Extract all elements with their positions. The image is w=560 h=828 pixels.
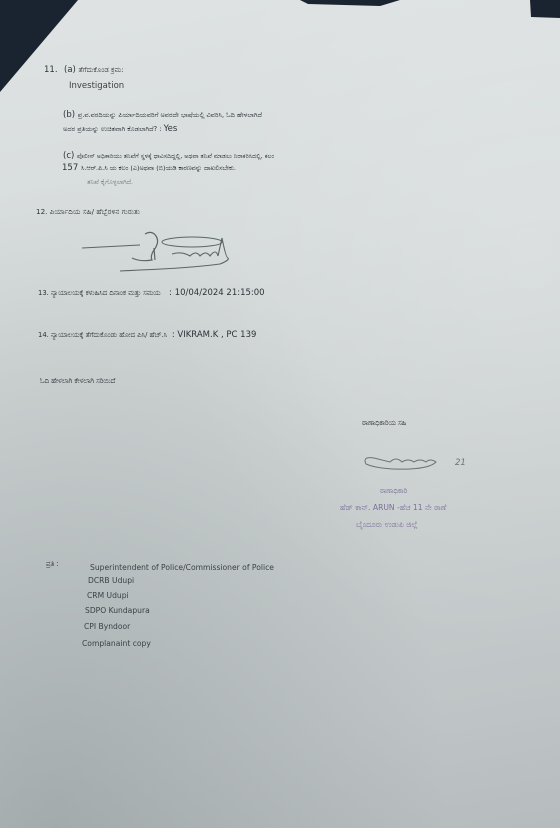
item13-label: 13. ನ್ಯಾಯಾಲಯಕ್ಕೆ ಕಳುಹಿಸಿದ ದಿನಾಂಕ ಮತ್ತು ಸ… (38, 289, 160, 297)
item13-value: : 10/04/2024 21:15:00 (169, 288, 264, 298)
item11a-question: ತೆಗೆದುಕೊಂಡ ಕ್ರಮ: (79, 66, 124, 74)
item11a-label: (a) (64, 65, 76, 75)
item11b-line1: (b) ಪ್ರ.ವ.ವರದಿಯನ್ನು ಪಿರ್ಯಾದಿಯವರಿಗೆ ಅವರದೇ… (63, 110, 262, 121)
stamp-line2: ಹೆಡ್ ಕಾನ್. ARUN -ಹೆಚ 11 ನೇ ಠಾಣೆ (340, 502, 446, 513)
item11b-label: (b) (63, 110, 75, 120)
item11c-line2: 157 ಸಿ.ಆರ್.ಪಿ.ಸಿ ಯ ಕಲಂ (ಎ)ಅಥವಾ (ಬಿ)ಯಡಿ ಕ… (62, 163, 236, 174)
item11c-label: (c) (63, 151, 74, 161)
officer-signature-label: ಠಾಣಾಧಿಕಾರಿಯ ಸಹಿ (362, 418, 406, 429)
read-over-note: ಓದಿ ಹೇಳಲಾಗಿ ಕೇಳಲಾಗಿ ಸರಿಯಿದೆ (40, 376, 115, 387)
copy-to-recipient: Superintendent of Police/Commissioner of… (90, 562, 274, 573)
item13: 13. ನ್ಯಾಯಾಲಯಕ್ಕೆ ಕಳುಹಿಸಿದ ದಿನಾಂಕ ಮತ್ತು ಸ… (38, 288, 265, 299)
item11b-question-line1: ಪ್ರ.ವ.ವರದಿಯನ್ನು ಪಿರ್ಯಾದಿಯವರಿಗೆ ಅವರದೇ ಭಾಷ… (78, 111, 262, 119)
item14-label: 14. ನ್ಯಾಯಾಲಯಕ್ಕೆ ತೆಗೆದುಕೊಂಡು ಹೋದ ಪಿಸಿ/ ಹ… (38, 331, 167, 339)
item11c-line1: (c) ಪೊಲೀಸ್ ಅಧಿಕಾರಿಯು ತನಿಖೆಗೆ ಸ್ಥಳಕ್ಕೆ ಧಾ… (63, 151, 274, 162)
item11b-line2: ಅದರ ಪ್ರತಿಯನ್ನು ಉಚಿತವಾಗಿ ಕೊಡಲಾಗಿದೆ? : Yes (63, 124, 177, 135)
item11c-section: 157 (62, 163, 78, 173)
item11a: (a) ತೆಗೆದುಕೊಂಡ ಕ್ರಮ: (64, 65, 124, 76)
copy-to-label: ಪ್ರತಿ : (46, 559, 59, 570)
copy-to-recipient: CPI Byndoor (84, 621, 130, 632)
item11a-answer: Investigation (69, 81, 124, 92)
copy-to-recipient: Complanaint copy (82, 638, 151, 649)
item12-label: 12. ಪಿರ್ಯಾದಿಯ ಸಹಿ/ ಹೆಬ್ಬೆರಳಿನ ಗುರುತು (36, 206, 140, 217)
item11c-question-line1: ಪೊಲೀಸ್ ಅಧಿಕಾರಿಯು ತನಿಖೆಗೆ ಸ್ಥಳಕ್ಕೆ ಧಾವಿಸದ… (77, 153, 274, 160)
stamp-line3: ಬೈಂದೂರು ಉಡುಪಿ ಜಿಲ್ಲೆ (356, 519, 418, 530)
item11b-question-line2: ಅದರ ಪ್ರತಿಯನ್ನು ಉಚಿತವಾಗಿ ಕೊಡಲಾಗಿದೆ? : (63, 125, 162, 133)
item14: 14. ನ್ಯಾಯಾಲಯಕ್ಕೆ ತೆಗೆದುಕೊಂಡು ಹೋದ ಪಿಸಿ/ ಹ… (38, 330, 256, 341)
item11c-question-line2: ಸಿ.ಆರ್.ಪಿ.ಸಿ ಯ ಕಲಂ (ಎ)ಅಥವಾ (ಬಿ)ಯಡಿ ಕಾರಣವ… (81, 164, 236, 172)
item14-value: : VIKRAM.K , PC 139 (172, 330, 257, 340)
stamp-line1: ಠಾಣಾಧಿಕಾರಿ (380, 486, 407, 497)
copy-to-recipient: CRM Udupi (87, 590, 129, 601)
copy-to-recipient: SDPO Kundapura (85, 605, 150, 616)
item11c-answer: ತನಿಖೆ ಕೈಗೊಳ್ಳಲಾಗಿದೆ. (87, 177, 133, 188)
item11-number: 11. (44, 65, 58, 76)
complainant-signature (80, 228, 270, 278)
copy-to-recipient: DCRB Udupi (88, 575, 134, 586)
item11b-answer: Yes (164, 124, 178, 134)
officer-signature-number: 21 (455, 458, 466, 469)
